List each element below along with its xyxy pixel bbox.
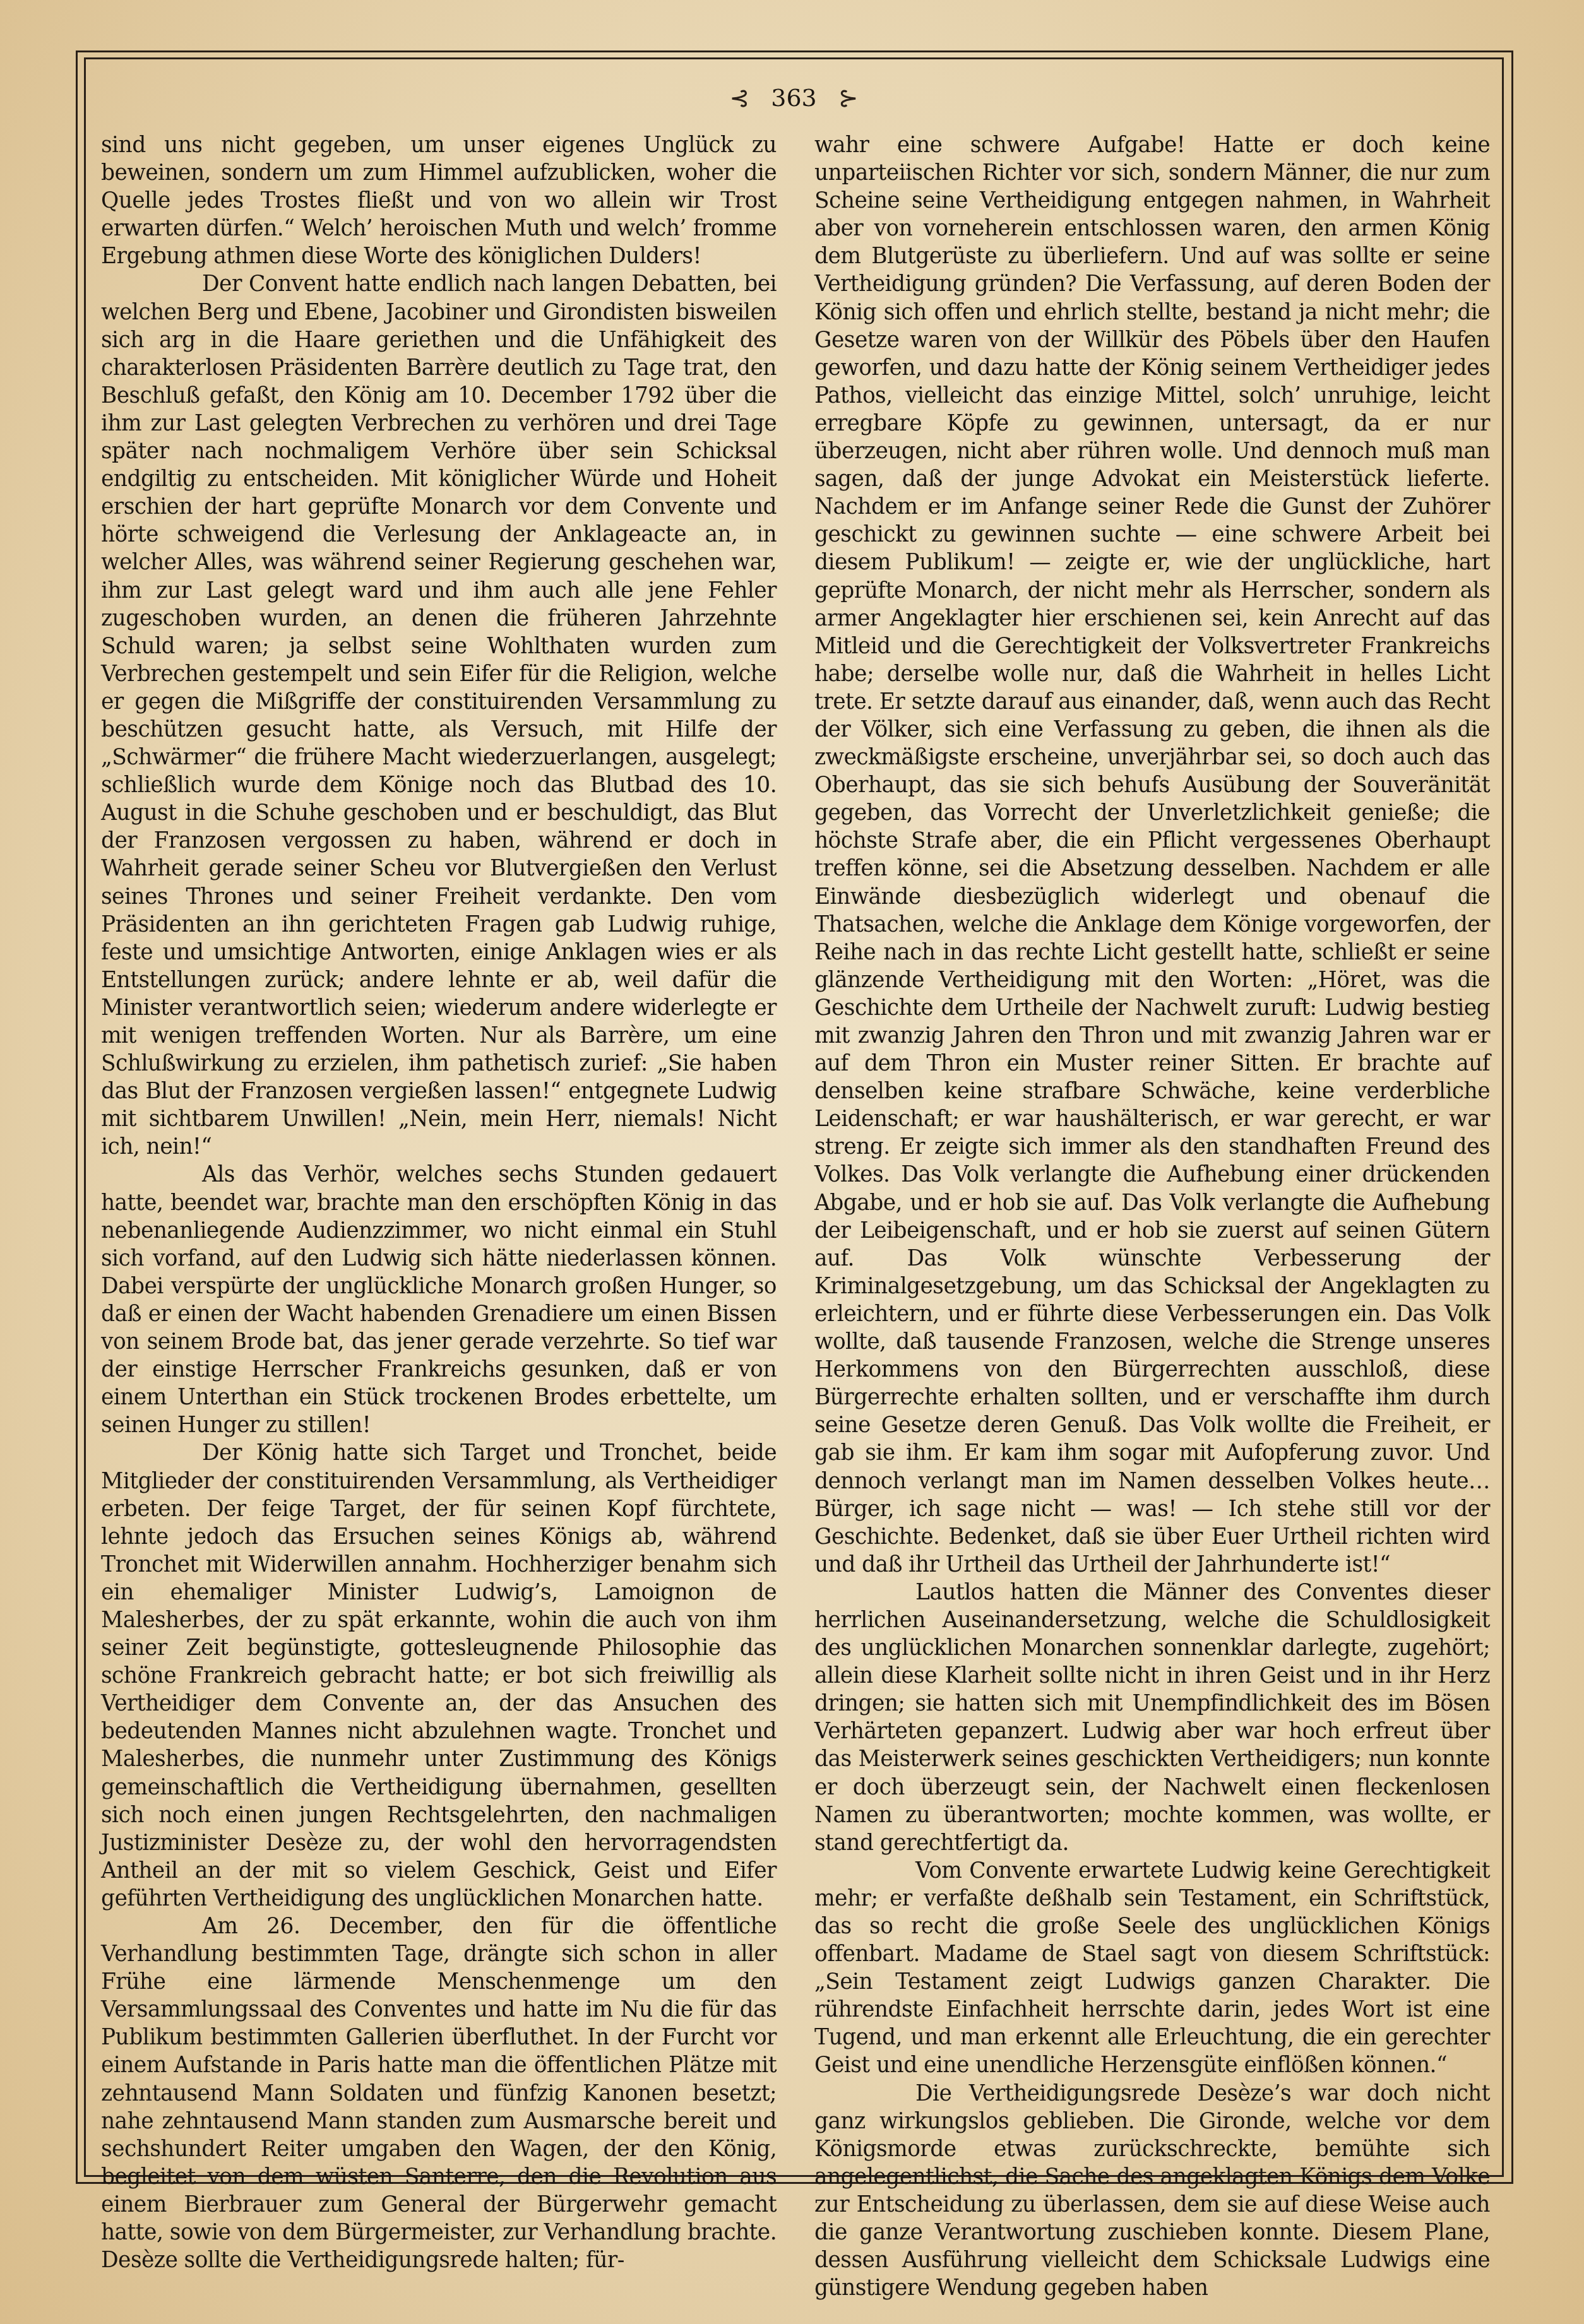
- page-header: ⊰ 363 ⊱: [84, 82, 1504, 114]
- page-number: 363: [771, 84, 817, 112]
- text-columns: sind uns nicht gegeben, um unser eigenes…: [101, 131, 1490, 2145]
- paragraph: Lautlos hatten die Männer des Conventes …: [814, 1579, 1490, 1857]
- ornament-left-icon: ⊰: [729, 84, 749, 112]
- paragraph: sind uns nicht gegeben, um unser eigenes…: [101, 131, 777, 270]
- ornament-right-icon: ⊱: [838, 84, 859, 112]
- left-column: sind uns nicht gegeben, um unser eigenes…: [101, 131, 777, 2145]
- paragraph: Vom Convente erwartete Ludwig keine Gere…: [814, 1857, 1490, 2080]
- paragraph: wahr eine schwere Aufgabe! Hatte er doch…: [814, 131, 1490, 1579]
- paragraph: Als das Verhör, welches sechs Stunden ge…: [101, 1161, 777, 1439]
- paragraph: Der König hatte sich Target und Tronchet…: [101, 1439, 777, 1912]
- paragraph: Am 26. December, den für die öffentliche…: [101, 1912, 777, 2274]
- paragraph: Der Convent hatte endlich nach langen De…: [101, 270, 777, 1161]
- right-column: wahr eine schwere Aufgabe! Hatte er doch…: [814, 131, 1490, 2145]
- paragraph: Die Vertheidigungsrede Desèze’s war doch…: [814, 2080, 1490, 2303]
